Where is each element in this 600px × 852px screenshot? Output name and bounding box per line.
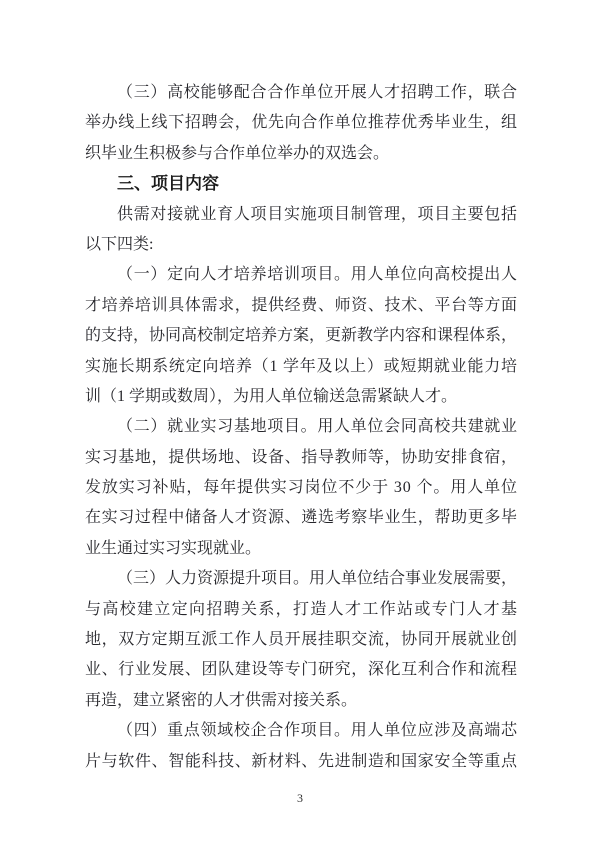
text-line: 片与软件、智能科技、新材料、先进制造和国家安全等重点 [85,747,517,777]
text-line: 业、行业发展、团队建设等专门研究，深化互利合作和流程 [85,655,517,685]
text-line: 实施长期系统定向培养（1 学年及以上）或短期就业能力培 [85,352,517,382]
text-line: 训（1 学期或数周），为用人单位输送急需紧缺人才。 [85,382,517,412]
text-line: 以下四类: [85,230,517,260]
text-line: 业生通过实习实现就业。 [85,534,517,564]
text-line: 地，双方定期互派工作人员开展挂职交流，协同开展就业创 [85,625,517,655]
document-page: （三）高校能够配合合作单位开展人才招聘工作，联合举办线上线下招聘会，优先向合作单… [0,0,600,852]
text-line: 举办线上线下招聘会，优先向合作单位推荐优秀毕业生，组 [85,108,517,138]
text-line: 在实习过程中储备人才资源、遴选考察毕业生，帮助更多毕 [85,503,517,533]
text-line: 再造，建立紧密的人才供需对接关系。 [85,686,517,716]
text-line: 织毕业生积极参与合作单位举办的双选会。 [85,139,517,169]
text-line: 才培养培训具体需求，提供经费、师资、技术、平台等方面 [85,291,517,321]
page-number: 3 [0,791,600,805]
text-line: 的支持，协同高校制定培养方案，更新教学内容和课程体系， [85,321,517,351]
text-line: （三）人力资源提升项目。用人单位结合事业发展需要， [85,564,517,594]
text-line: （四）重点领域校企合作项目。用人单位应涉及高端芯 [85,716,517,746]
document-body: （三）高校能够配合合作单位开展人才招聘工作，联合举办线上线下招聘会，优先向合作单… [85,78,517,777]
text-line: （二）就业实习基地项目。用人单位会同高校共建就业 [85,412,517,442]
text-line: 供需对接就业育人项目实施项目制管理，项目主要包括 [85,200,517,230]
text-line: （三）高校能够配合合作单位开展人才招聘工作，联合 [85,78,517,108]
section-heading: 三、项目内容 [85,169,517,199]
text-line: 与高校建立定向招聘关系，打造人才工作站或专门人才基 [85,595,517,625]
text-line: （一）定向人才培养培训项目。用人单位向高校提出人 [85,260,517,290]
text-line: 实习基地，提供场地、设备、指导教师等，协助安排食宿， [85,443,517,473]
text-line: 发放实习补贴，每年提供实习岗位不少于 30 个。用人单位 [85,473,517,503]
